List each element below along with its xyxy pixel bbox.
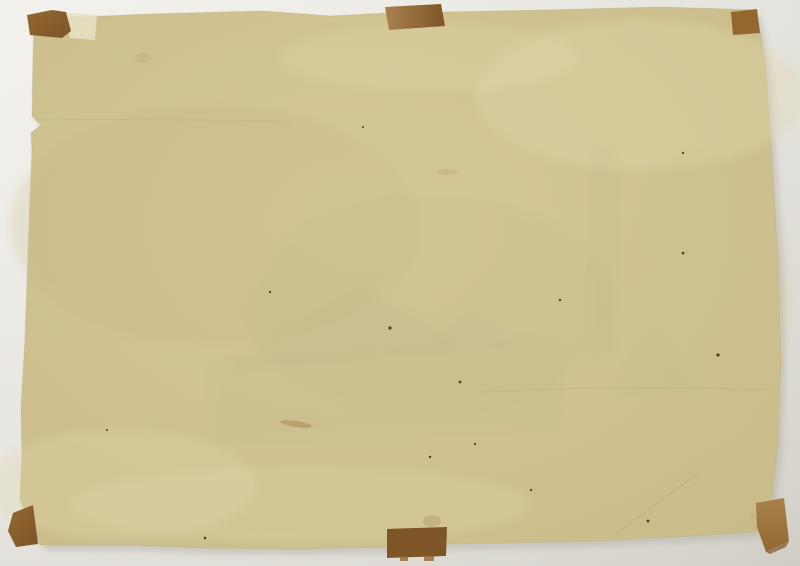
tape-top-right [731,9,760,35]
photo-canvas: Photograph: verso of an aged artwork on … [0,0,800,566]
tape-bottom-center [387,527,447,561]
photo-artwork-verso: Photograph: verso of an aged artwork on … [0,0,800,566]
tape-top-center [385,4,445,30]
paper-worn-patch [66,13,97,40]
tape-top-left [27,10,71,38]
